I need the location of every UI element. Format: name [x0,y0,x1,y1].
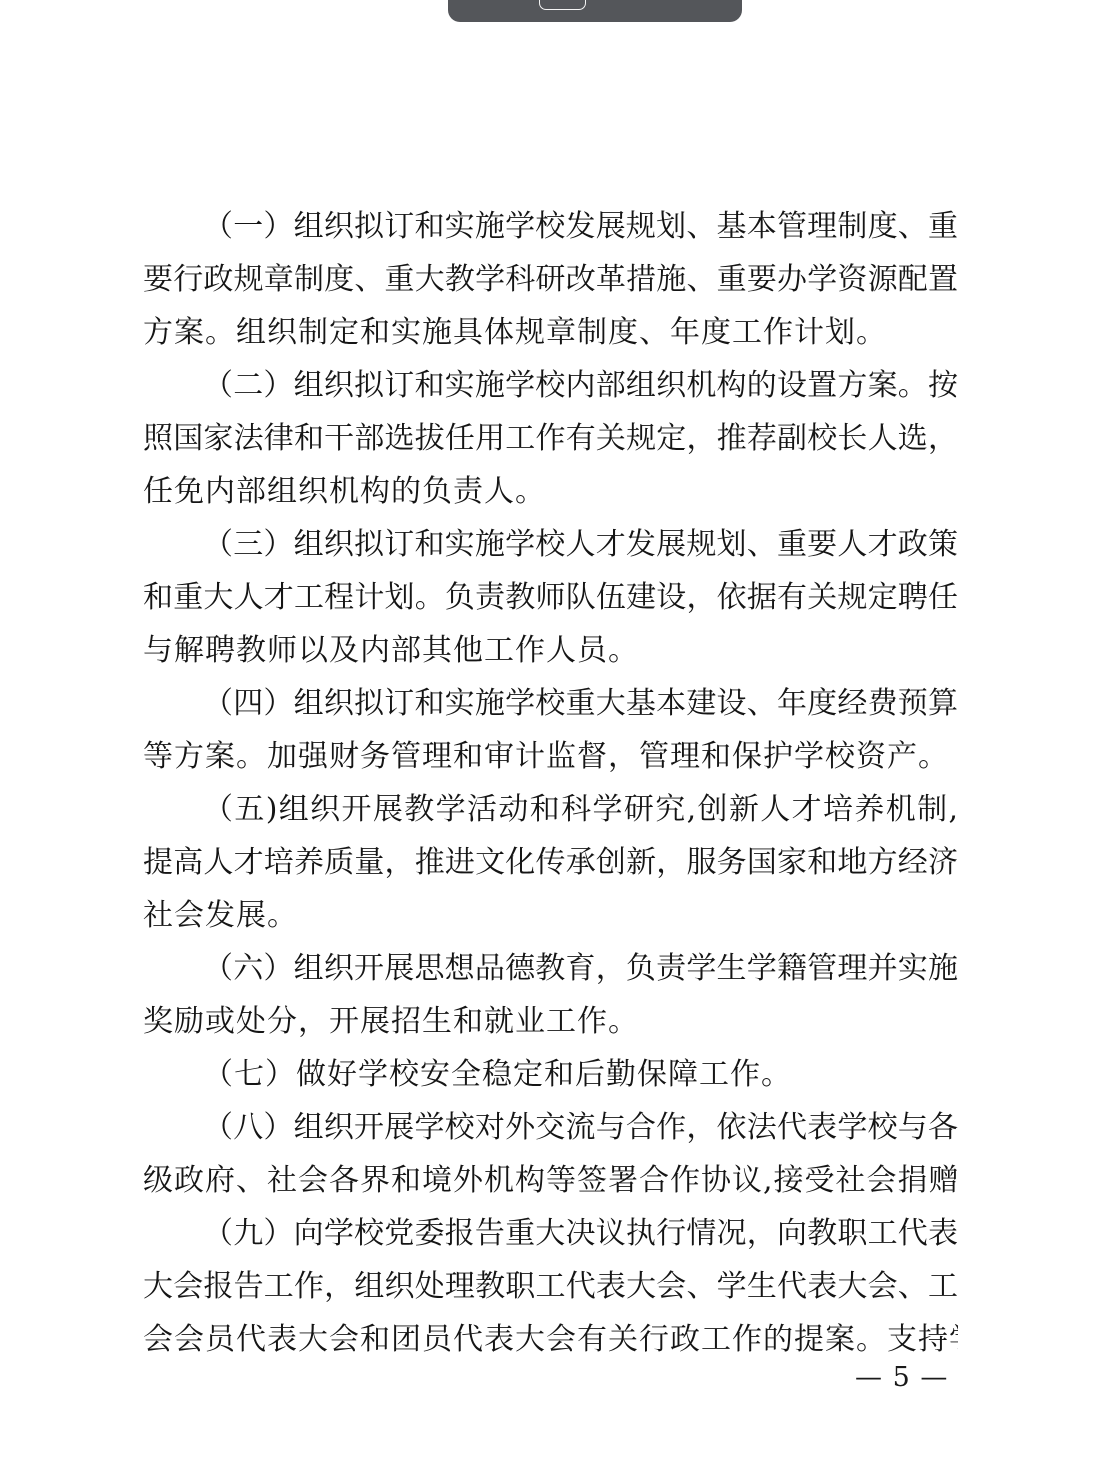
text-line: 级政府、社会各界和境外机构等签署合作协议,接受社会捐赠。 [143,1154,958,1207]
text-line: 奖励或处分，开展招生和就业工作。 [143,995,958,1048]
text-line: 提高人才培养质量，推进文化传承创新，服务国家和地方经济 [143,836,958,889]
text-line: 照国家法律和干部选拔任用工作有关规定，推荐副校长人选， [143,412,958,465]
text-line: （五)组织开展教学活动和科学研究,创新人才培养机制, [143,783,958,836]
page-number: — 5 — [855,1362,948,1393]
text-line: 方案。组织制定和实施具体规章制度、年度工作计划。 [143,306,958,359]
page: { "toolbar": { "icon": "rounded-button-o… [0,0,1093,1479]
text-line: （九）向学校党委报告重大决议执行情况，向教职工代表 [143,1207,958,1260]
text-line: 任免内部组织机构的负责人。 [143,465,958,518]
text-line: （二）组织拟订和实施学校内部组织机构的设置方案。按 [143,359,958,412]
text-line: 要行政规章制度、重大教学科研改革措施、重要办学资源配置 [143,253,958,306]
text-line: 会会员代表大会和团员代表大会有关行政工作的提案。支持学 [143,1313,958,1366]
text-line: （三）组织拟订和实施学校人才发展规划、重要人才政策 [143,518,958,571]
text-line: 大会报告工作，组织处理教职工代表大会、学生代表大会、工 [143,1260,958,1313]
text-line: 与解聘教师以及内部其他工作人员。 [143,624,958,677]
text-line: 等方案。加强财务管理和审计监督，管理和保护学校资产。 [143,730,958,783]
text-line: （四）组织拟订和实施学校重大基本建设、年度经费预算 [143,677,958,730]
text-line: （一）组织拟订和实施学校发展规划、基本管理制度、重 [143,200,958,253]
rounded-button-outline-icon[interactable] [539,0,586,10]
text-line: （七）做好学校安全稳定和后勤保障工作。 [143,1048,958,1101]
floating-toolbar[interactable] [448,0,742,22]
text-line: 社会发展。 [143,889,958,942]
document-body: （一）组织拟订和实施学校发展规划、基本管理制度、重要行政规章制度、重大教学科研改… [143,200,958,1366]
text-line: 和重大人才工程计划。负责教师队伍建设，依据有关规定聘任 [143,571,958,624]
text-line: （六）组织开展思想品德教育，负责学生学籍管理并实施 [143,942,958,995]
text-line: （八）组织开展学校对外交流与合作，依法代表学校与各 [143,1101,958,1154]
